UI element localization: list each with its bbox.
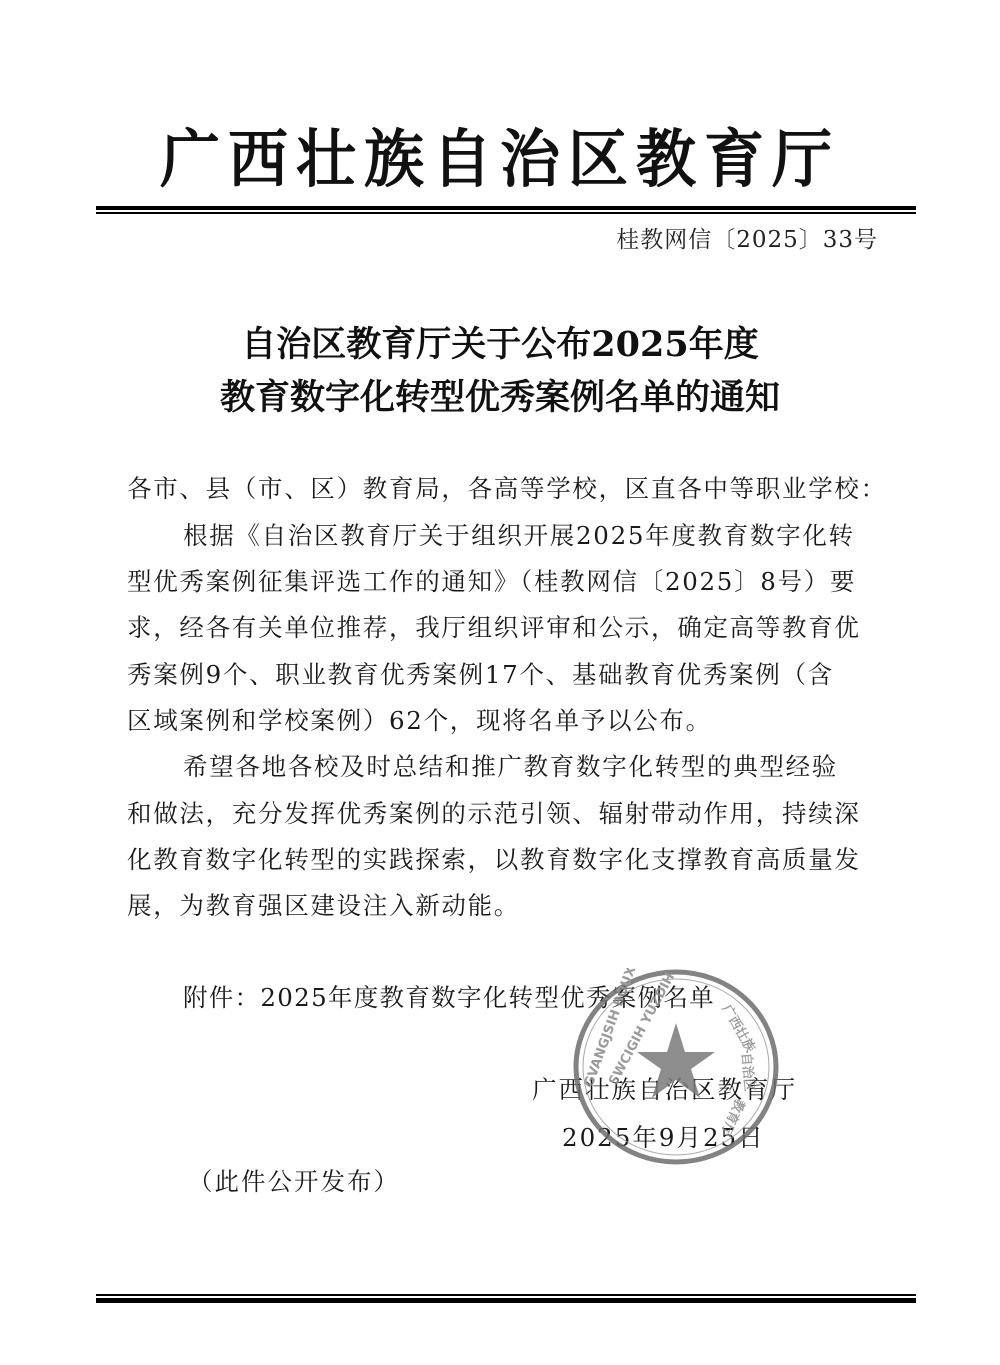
signature-date: 2025年9月25日 [562,1118,765,1158]
masthead-rule-thick [96,206,916,210]
publication-note: （此件公开发布） [188,1162,400,1202]
paragraph-2-line: 化教育数字化转型的实践探索，以教育数字化支撑教育高质量发 [127,837,887,883]
paragraph-1-line: 秀案例9个、职业教育优秀案例17个、基础教育优秀案例（含 [127,652,887,698]
paragraph-1-line: 根据《自治区教育厅关于组织开展2025年度教育数字化转 [183,513,943,559]
paragraph-2-line: 展，为教育强区建设注入新动能。 [127,883,887,929]
svg-text:广西壮族: 广西壮族 [719,1002,759,1055]
paragraph-2-line: 和做法，充分发挥优秀案例的示范引领、辐射带动作用，持续深 [127,791,887,837]
document-number: 桂教网信〔2025〕33号 [616,224,878,256]
signature-organization: 广西壮族自治区教育厅 [532,1070,797,1110]
notice-title-line-2: 教育数字化转型优秀案例名单的通知 [0,373,1000,423]
masthead-rule-thin [96,212,916,214]
footer-rule-thick [96,1298,916,1303]
footer-rule-thin [96,1294,916,1296]
paragraph-2-line: 希望各地各校及时总结和推广教育数字化转型的典型经验 [183,744,943,790]
paragraph-1-line: 型优秀案例征集评选工作的通知》（桂教网信〔2025〕8号）要 [127,559,887,605]
paragraph-1-line: 求，经各有关单位推荐，我厅组织评审和公示，确定高等教育优 [127,605,887,651]
attachment-reference[interactable]: 附件：2025年度教育数字化转型优秀案例名单 [183,978,715,1018]
salutation: 各市、县（市、区）教育局，各高等学校，区直各中等职业学校： [127,466,887,512]
notice-title-line-1: 自治区教育厅关于公布2025年度 [0,320,1000,370]
issuer-masthead: 广西壮族自治区教育厅 [0,120,1000,200]
paragraph-1-line: 区域案例和学校案例）62个，现将名单予以公布。 [127,698,887,744]
